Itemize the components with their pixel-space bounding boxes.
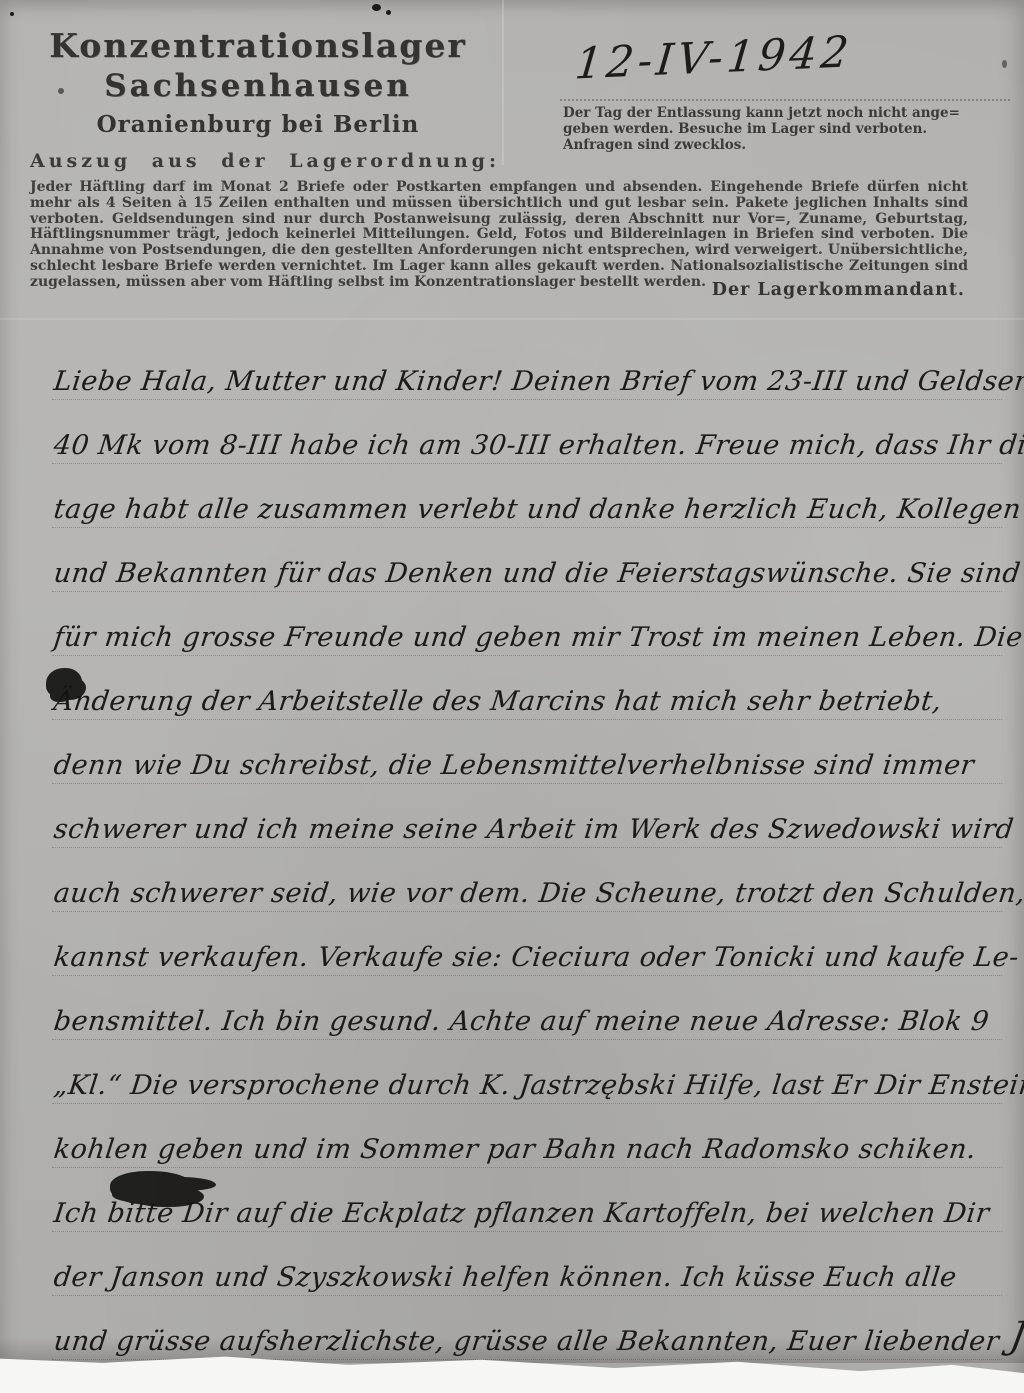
handwritten-date: 12-IV-1942 [573,20,1007,89]
letter-line: auch schwerer seid, wie vor dem. Die Sch… [52,848,1002,912]
regulations-signature: Der Lagerkommandant. [600,280,965,300]
letter-line: kannst verkaufen. Verkaufe sie: Cieciura… [52,912,1002,976]
regulations-heading: Auszug aus der Lagerordnung: [30,150,500,172]
letter-line: 40 Mk vom 8-III habe ich am 30-III erhal… [52,400,1002,464]
scan-speck [58,88,64,94]
letter-line: Ich bitte Dir auf die Eckplatz pflanzen … [52,1168,1002,1232]
scan-speck [372,4,381,11]
letter-line: der Janson und Szyszkowski helfen können… [52,1232,1002,1296]
scan-speck [386,10,391,15]
release-notice: Der Tag der Entlassung kann jetzt noch n… [563,105,973,153]
notice-line: Anfragen sind zwecklos. [563,137,973,153]
notice-line: geben werden. Besuche im Lager sind verb… [563,121,973,137]
letterhead-line-oranienburg: Oranienburg bei Berlin [38,108,478,142]
letter-line: denn wie Du schreibst, die Lebensmittelv… [52,720,1002,784]
letter-line: „Kl.“ Die versprochene durch K. Jastrzęb… [52,1040,1002,1104]
letter-line: Änderung der Arbeitstelle des Marcins ha… [52,656,1002,720]
scan-speck [1002,60,1007,68]
scanned-letter-page: Konzentrationslager Sachsenhausen Oranie… [0,0,1024,1393]
letter-line: für mich grosse Freunde und geben mir Tr… [52,592,1002,656]
paper-crease [0,318,1024,320]
letter-line: Liebe Hala, Mutter und Kinder! Deinen Br… [52,336,1002,400]
regulations-body: Jeder Häftling darf im Monat 2 Briefe od… [30,180,968,291]
letter-line: kohlen geben und im Sommer par Bahn nach… [52,1104,1002,1168]
handwritten-letter: Liebe Hala, Mutter und Kinder! Deinen Br… [52,336,1002,1360]
scan-speck [10,12,14,16]
ink-blot [110,1171,196,1205]
paper-edge-shadow [0,1337,1024,1363]
letter-line: bensmittel. Ich bin gesund. Achte auf me… [52,976,1002,1040]
letter-line: tage habt alle zusammen verlebt und dank… [52,464,1002,528]
notice-line: Der Tag der Entlassung kann jetzt noch n… [563,105,973,121]
letterhead-line-sachsenhausen: Sachsenhausen [38,66,478,106]
letterhead-line-konzentrationslager: Konzentrationslager [38,26,478,66]
letter-line: schwerer und ich meine seine Arbeit im W… [52,784,1002,848]
letter-line: und Bekannten für das Denken und die Fei… [52,528,1002,592]
camp-letterhead: Konzentrationslager Sachsenhausen Oranie… [38,26,478,142]
date-dotted-rule [560,99,1010,101]
paper-crease [502,0,504,165]
